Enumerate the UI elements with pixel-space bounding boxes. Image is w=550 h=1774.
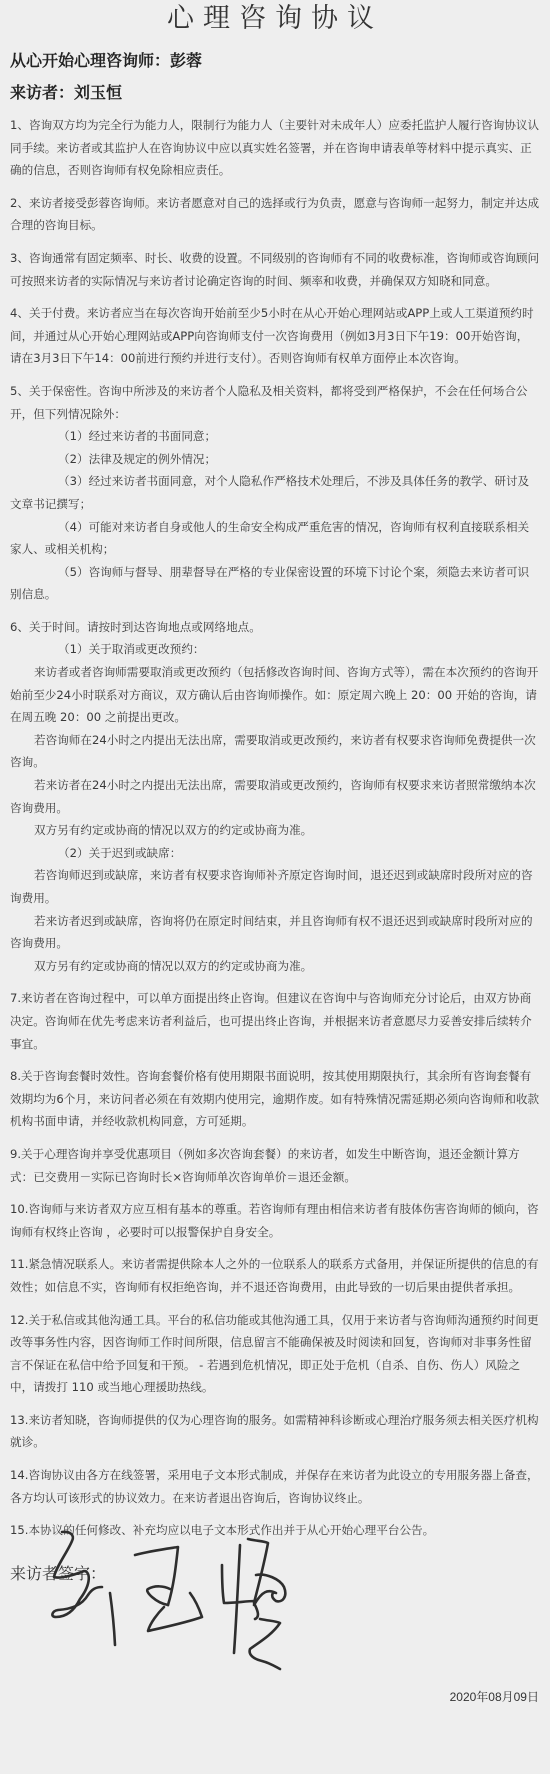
clause-13: 13.来访者知晓，咨询师提供的仅为心理咨询的服务。如需精神科诊断或心理治疗服务须…: [10, 1409, 540, 1454]
subsection-heading: （2）关于迟到或缺席：: [10, 842, 540, 865]
clause-text: 7.来访者在咨询过程中，可以单方面提出终止咨询。但建议在咨询中与咨询师充分讨论后…: [10, 987, 540, 1055]
clause-text: 6、关于时间。请按时到达咨询地点或网络地点。: [10, 616, 540, 639]
clause-text: 10.咨询师与来访者双方应互相有基本的尊重。若咨询师有理由相信来访者有肢体伤害咨…: [10, 1198, 540, 1243]
exception-item: （4）可能对来访者自身或他人的生命安全构成严重危害的情况，咨询师有权利直接联系相…: [10, 516, 540, 561]
handwritten-signature-icon: [40, 1525, 300, 1675]
subsection-text: 双方另有约定或协商的情况以双方的约定或协商为准。: [10, 819, 540, 842]
subsection-text: 来访者或者咨询师需要取消或更改预约（包括修改咨询时间、咨询方式等），需在本次预约…: [10, 661, 540, 729]
clause-text: 13.来访者知晓，咨询师提供的仅为心理咨询的服务。如需精神科诊断或心理治疗服务须…: [10, 1409, 540, 1454]
clause-text: 5、关于保密性。咨询中所涉及的来访者个人隐私及相关资料，都将受到严格保护，不会在…: [10, 380, 540, 425]
clause-3: 3、咨询通常有固定频率、时长、收费的设置。不同级别的咨询师有不同的收费标准，咨询…: [10, 247, 540, 292]
exception-item: （3）经过来访者书面同意，对个人隐私作严格技术处理后，不涉及具体任务的教学、研讨…: [10, 470, 540, 515]
subsection-text: 双方另有约定或协商的情况以双方的约定或协商为准。: [10, 955, 540, 978]
clause-2: 2、来访者接受彭蓉咨询师。来访者愿意对自己的选择或行为负责，愿意与咨询师一起努力…: [10, 192, 540, 237]
clause-12: 12.关于私信或其他沟通工具。平台的私信功能或其他沟通工具，仅用于来访者与咨询师…: [10, 1309, 540, 1399]
clause-text: 4、关于付费。来访者应当在每次咨询开始前至少5小时在从心开始心理网站或APP上或…: [10, 302, 540, 370]
clause-1: 1、咨询双方均为完全行为能力人，限制行为能力人（主要针对未成年人）应委托监护人履…: [10, 114, 540, 182]
clause-8: 8.关于咨询套餐时效性。咨询套餐价格有使用期限书面说明，按其使用期限执行，其余所…: [10, 1065, 540, 1133]
subsection-text: 若咨询师迟到或缺席，来访者有权要求咨询师补齐原定咨询时间，退还迟到或缺席时段所对…: [10, 864, 540, 909]
clause-text: 8.关于咨询套餐时效性。咨询套餐价格有使用期限书面说明，按其使用期限执行，其余所…: [10, 1065, 540, 1133]
clause-text: 12.关于私信或其他沟通工具。平台的私信功能或其他沟通工具，仅用于来访者与咨询师…: [10, 1309, 540, 1399]
counselor-line: 从心开始心理咨询师：彭蓉: [10, 50, 540, 72]
clause-9: 9.关于心理咨询并享受优惠项目（例如多次咨询套餐）的来访者，如发生中断咨询，退还…: [10, 1143, 540, 1188]
subsection-text: 若咨询师在24小时之内提出无法出席，需要取消或更改预约，来访者有权要求咨询师免费…: [10, 729, 540, 774]
exception-item: （5）咨询师与督导、朋辈督导在严格的专业保密设置的环境下讨论个案，须隐去来访者可…: [10, 561, 540, 606]
clause-text: 11.紧急情况联系人。来访者需提供除本人之外的一位联系人的联系方式备用，并保证所…: [10, 1253, 540, 1298]
exception-item: （1）经过来访者的书面同意；: [10, 425, 540, 448]
clause-14: 14.咨询协议由各方在线签署，采用电子文本形式制成，并保存在来访者为此设立的专用…: [10, 1464, 540, 1509]
exception-item: （2）法律及规定的例外情况；: [10, 448, 540, 471]
clause-text: 2、来访者接受彭蓉咨询师。来访者愿意对自己的选择或行为负责，愿意与咨询师一起努力…: [10, 192, 540, 237]
clause-11: 11.紧急情况联系人。来访者需提供除本人之外的一位联系人的联系方式备用，并保证所…: [10, 1253, 540, 1298]
subsection-text: 若来访者迟到或缺席，咨询将仍在原定时间结束，并且咨询师有权不退还迟到或缺席时段所…: [10, 910, 540, 955]
subsection-text: 若来访者在24小时之内提出无法出席，需要取消或更改预约，咨询师有权要求来访者照常…: [10, 774, 540, 819]
clause-5-confidentiality: 5、关于保密性。咨询中所涉及的来访者个人隐私及相关资料，都将受到严格保护，不会在…: [10, 380, 540, 606]
clause-10: 10.咨询师与来访者双方应互相有基本的尊重。若咨询师有理由相信来访者有肢体伤害咨…: [10, 1198, 540, 1243]
clause-text: 1、咨询双方均为完全行为能力人，限制行为能力人（主要针对未成年人）应委托监护人履…: [10, 114, 540, 182]
agreement-page: 心理咨询协议 从心开始心理咨询师：彭蓉 来访者：刘玉恒 1、咨询双方均为完全行为…: [0, 0, 550, 1586]
clause-4: 4、关于付费。来访者应当在每次咨询开始前至少5小时在从心开始心理网站或APP上或…: [10, 302, 540, 370]
subsection-heading: （1）关于取消或更改预约：: [10, 638, 540, 661]
clause-list: 1、咨询双方均为完全行为能力人，限制行为能力人（主要针对未成年人）应委托监护人履…: [10, 114, 540, 1542]
visitor-line: 来访者：刘玉恒: [10, 82, 540, 104]
clause-text: 9.关于心理咨询并享受优惠项目（例如多次咨询套餐）的来访者，如发生中断咨询，退还…: [10, 1143, 540, 1188]
clause-6-time: 6、关于时间。请按时到达咨询地点或网络地点。 （1）关于取消或更改预约： 来访者…: [10, 616, 540, 978]
clause-text: 14.咨询协议由各方在线签署，采用电子文本形式制成，并保存在来访者为此设立的专用…: [10, 1464, 540, 1509]
document-title: 心理咨询协议: [10, 0, 540, 38]
clause-7: 7.来访者在咨询过程中，可以单方面提出终止咨询。但建议在咨询中与咨询师充分讨论后…: [10, 987, 540, 1055]
clause-text: 3、咨询通常有固定频率、时长、收费的设置。不同级别的咨询师有不同的收费标准，咨询…: [10, 247, 540, 292]
signing-date: 2020年08月09日: [450, 1688, 539, 1705]
